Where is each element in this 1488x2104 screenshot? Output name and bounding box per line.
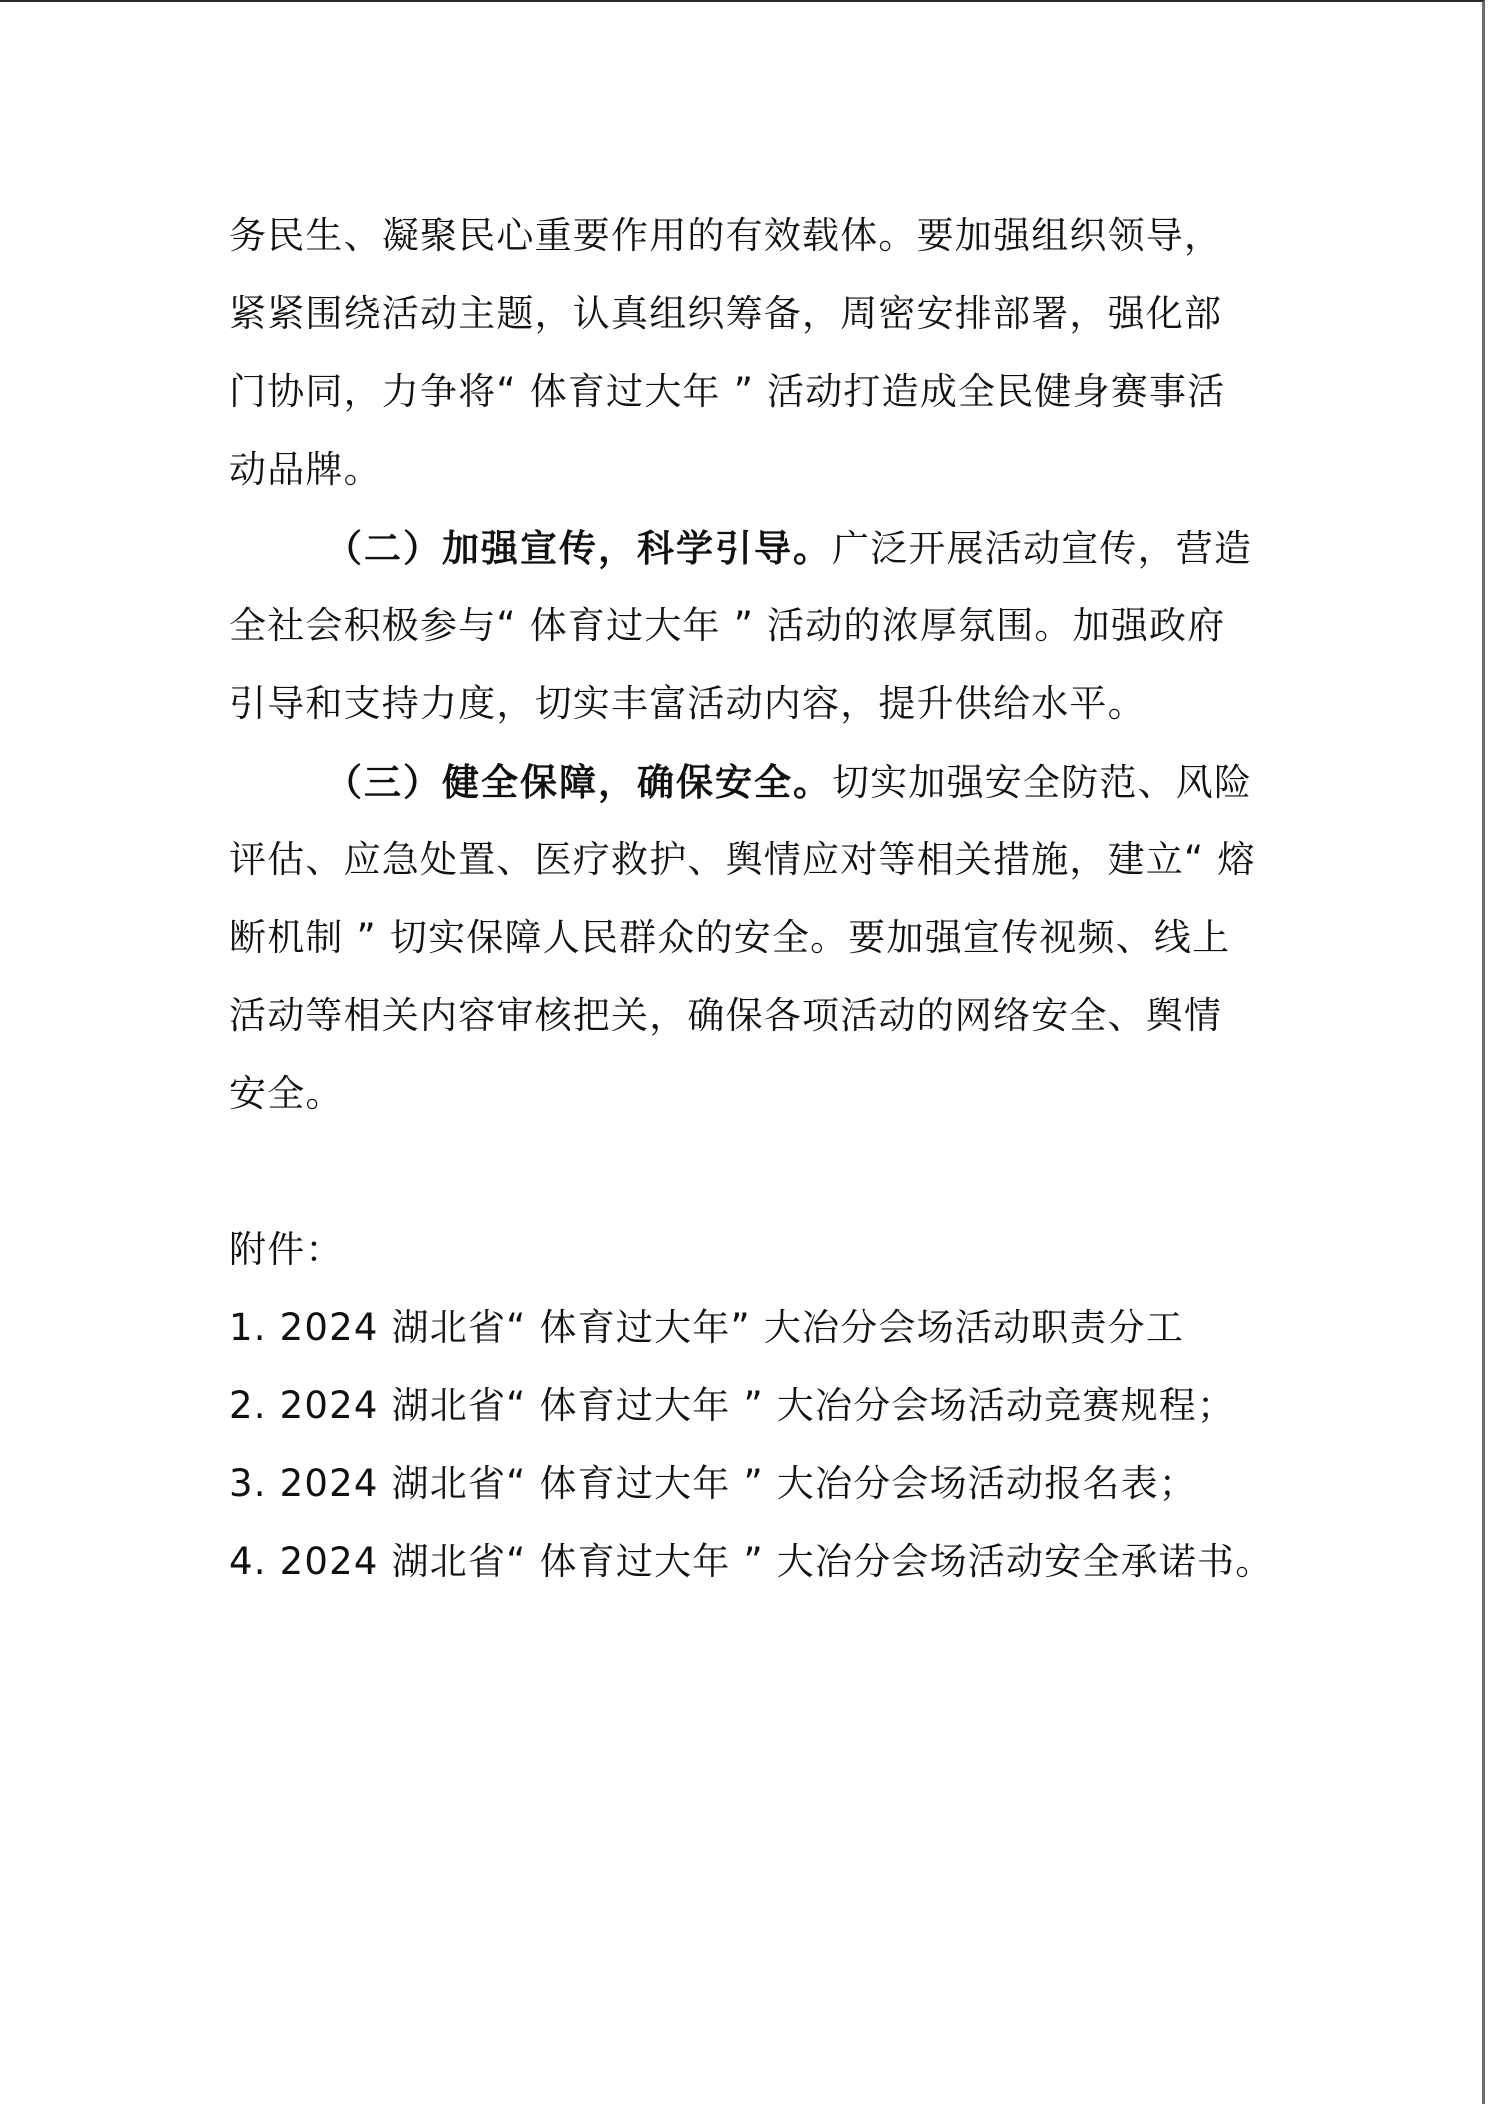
text-line: 门协同，力争将“ 体育过大年 ” 活动打造成全民健身赛事活 bbox=[229, 353, 1269, 431]
document-page: 务民生、凝聚民心重要作用的有效载体。要加强组织领导， 紧紧围绕活动主题，认真组织… bbox=[0, 0, 1485, 2104]
section-heading: （三）健全保障，确保安全。 bbox=[325, 760, 832, 804]
document-body: 务民生、凝聚民心重要作用的有效载体。要加强组织领导， 紧紧围绕活动主题，认真组织… bbox=[229, 197, 1269, 1601]
section-first-line: （二）加强宣传，科学引导。广泛开展活动宣传，营造 bbox=[229, 509, 1269, 587]
text-line: 紧紧围绕活动主题，认真组织筹备，周密安排部署，强化部 bbox=[229, 275, 1269, 353]
attachment-item: 1. 2024 湖北省“ 体育过大年” 大冶分会场活动职责分工 bbox=[229, 1289, 1269, 1367]
attachments-list: 1. 2024 湖北省“ 体育过大年” 大冶分会场活动职责分工 2. 2024 … bbox=[229, 1289, 1269, 1601]
text-line: 评估、应急处置、医疗救护、舆情应对等相关措施，建立“ 熔 bbox=[229, 821, 1269, 899]
paragraph-organization-leadership: 务民生、凝聚民心重要作用的有效载体。要加强组织领导， 紧紧围绕活动主题，认真组织… bbox=[229, 197, 1269, 509]
blank-line bbox=[229, 1133, 1269, 1211]
section-first-line: （三）健全保障，确保安全。切实加强安全防范、风险 bbox=[229, 743, 1269, 821]
section-text: 切实加强安全防范、风险 bbox=[832, 761, 1252, 804]
text-line: 断机制 ” 切实保障人民群众的安全。要加强宣传视频、线上 bbox=[229, 899, 1269, 977]
text-line: 安全。 bbox=[229, 1055, 1269, 1133]
text-line: 引导和支持力度，切实丰富活动内容，提升供给水平。 bbox=[229, 665, 1269, 743]
section-heading: （二）加强宣传，科学引导。 bbox=[325, 526, 832, 570]
text-line: 活动等相关内容审核把关，确保各项活动的网络安全、舆情 bbox=[229, 977, 1269, 1055]
section-publicity-guidance: （二）加强宣传，科学引导。广泛开展活动宣传，营造 全社会积极参与“ 体育过大年 … bbox=[229, 509, 1269, 743]
text-line: 全社会积极参与“ 体育过大年 ” 活动的浓厚氛围。加强政府 bbox=[229, 587, 1269, 665]
attachment-item: 2. 2024 湖北省“ 体育过大年 ” 大冶分会场活动竞赛规程； bbox=[229, 1367, 1269, 1445]
text-line: 动品牌。 bbox=[229, 431, 1269, 509]
attachments-label: 附件： bbox=[229, 1211, 1269, 1289]
text-line: 务民生、凝聚民心重要作用的有效载体。要加强组织领导， bbox=[229, 197, 1269, 275]
attachment-item: 4. 2024 湖北省“ 体育过大年 ” 大冶分会场活动安全承诺书。 bbox=[229, 1523, 1269, 1601]
section-safety-assurance: （三）健全保障，确保安全。切实加强安全防范、风险 评估、应急处置、医疗救护、舆情… bbox=[229, 743, 1269, 1133]
section-text: 广泛开展活动宣传，营造 bbox=[832, 527, 1252, 570]
attachment-item: 3. 2024 湖北省“ 体育过大年 ” 大冶分会场活动报名表； bbox=[229, 1445, 1269, 1523]
attachments-section: 附件： 1. 2024 湖北省“ 体育过大年” 大冶分会场活动职责分工 2. 2… bbox=[229, 1211, 1269, 1601]
